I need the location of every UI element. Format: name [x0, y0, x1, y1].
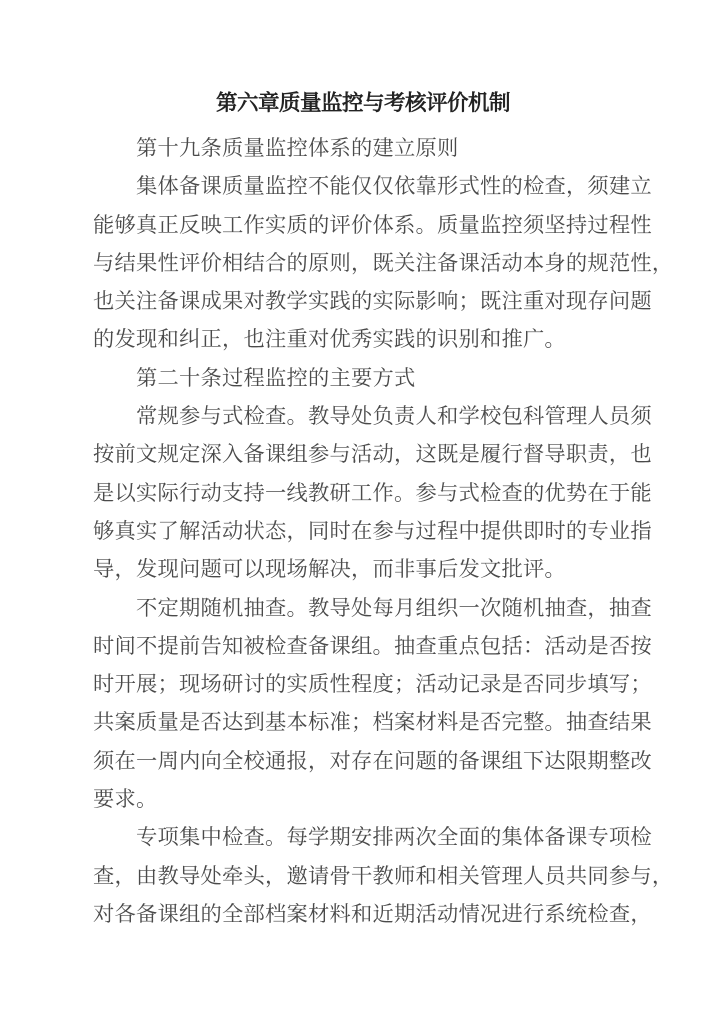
- text-line: 能够真正反映工作实质的评价体系。质量监控须坚持过程性: [93, 206, 633, 244]
- text-line: 专项集中检查。每学期安排两次全面的集体备课专项检: [93, 818, 633, 856]
- text-line: 时开展；现场研讨的实质性程度；活动记录是否同步填写；: [93, 665, 633, 703]
- chapter-title: 第六章质量监控与考核评价机制: [93, 84, 633, 123]
- text-line: 导，发现问题可以现场解决，而非事后发文批评。: [93, 550, 633, 588]
- text-line: 按前文规定深入备课组参与活动，这既是履行督导职责，也: [93, 435, 633, 473]
- text-line: 第二十条过程监控的主要方式: [93, 359, 633, 397]
- text-line: 第十九条质量监控体系的建立原则: [93, 129, 633, 167]
- document-page: 第六章质量监控与考核评价机制 第十九条质量监控体系的建立原则集体备课质量监控不能…: [0, 0, 724, 1024]
- text-line: 共案质量是否达到基本标准；档案材料是否完整。抽查结果: [93, 703, 633, 741]
- text-line: 与结果性评价相结合的原则，既关注备课活动本身的规范性，: [93, 244, 633, 282]
- text-line: 查，由教导处牵头，邀请骨干教师和相关管理人员共同参与，: [93, 857, 633, 895]
- text-line: 须在一周内向全校通报，对存在问题的备课组下达限期整改: [93, 742, 633, 780]
- text-line: 不定期随机抽查。教导处每月组织一次随机抽查，抽查: [93, 589, 633, 627]
- document-body: 第十九条质量监控体系的建立原则集体备课质量监控不能仅仅依靠形式性的检查，须建立能…: [93, 129, 633, 933]
- text-line: 集体备课质量监控不能仅仅依靠形式性的检查，须建立: [93, 167, 633, 205]
- text-line: 也关注备课成果对教学实践的实际影响；既注重对现存问题: [93, 282, 633, 320]
- text-line: 够真实了解活动状态，同时在参与过程中提供即时的专业指: [93, 512, 633, 550]
- text-line: 要求。: [93, 780, 633, 818]
- text-line: 的发现和纠正，也注重对优秀实践的识别和推广。: [93, 320, 633, 358]
- document-content: 第六章质量监控与考核评价机制 第十九条质量监控体系的建立原则集体备课质量监控不能…: [93, 84, 633, 933]
- text-line: 常规参与式检查。教导处负责人和学校包科管理人员须: [93, 397, 633, 435]
- text-line: 是以实际行动支持一线教研工作。参与式检查的优势在于能: [93, 474, 633, 512]
- text-line: 时间不提前告知被检查备课组。抽查重点包括：活动是否按: [93, 627, 633, 665]
- text-line: 对各备课组的全部档案材料和近期活动情况进行系统检查，: [93, 895, 633, 933]
